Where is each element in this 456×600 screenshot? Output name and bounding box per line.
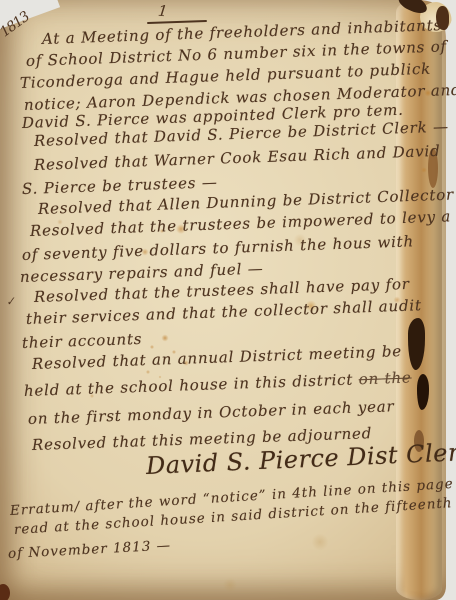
- struck-out-words: on the: [358, 368, 411, 388]
- manuscript-photo: 1813 1 ✓ At a Meeting of the freeholders…: [0, 0, 456, 600]
- margin-checkmark: ✓: [5, 294, 16, 308]
- page-number: 1: [157, 2, 168, 21]
